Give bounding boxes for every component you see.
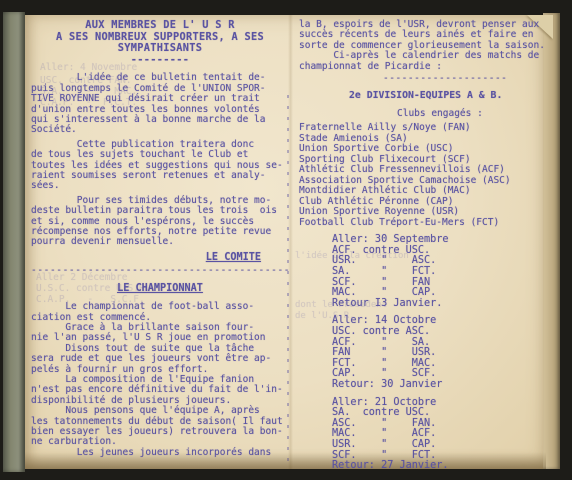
championnat-heading: LE CHAMPIONNAT bbox=[31, 284, 289, 294]
fixture-block-october-14: Aller: 14 Octobre USC. contre ASC. ACF. … bbox=[299, 316, 549, 390]
championnat-body: Le championnat de foot-ball asso- ciatio… bbox=[31, 302, 289, 458]
scanner-left-strip bbox=[3, 12, 25, 472]
fixture-block-october-21: Aller: 21 Octobre SA. contre USC. ASC. "… bbox=[299, 398, 549, 472]
debut-paragraph: Pour ses timides débuts, notre mo- deste… bbox=[31, 196, 289, 248]
address-header: AUX MEMBRES DE L' U S R A SES NOMBREUX S… bbox=[31, 20, 289, 66]
club-line: Football Club Tréport-Eu-Mers (FCT) bbox=[299, 218, 549, 229]
continuation-paragraph: la B, espoirs de l'USR, devront penser a… bbox=[299, 20, 549, 72]
clubs-label: Clubs engagés : bbox=[299, 109, 549, 119]
small-divider: -------------------- bbox=[299, 74, 549, 84]
fixture-block-september: Aller: 30 Septembre ACF. contre USC. USR… bbox=[299, 235, 549, 309]
clubs-list: Fraternelle Ailly s/Noye (FAN) Stade Ami… bbox=[299, 123, 549, 228]
section-divider: ----------------------------------------… bbox=[31, 266, 289, 276]
right-column: la B, espoirs de l'USR, devront penser a… bbox=[299, 20, 549, 472]
scanned-bulletin-page: Aller: 4 Novembre USC. contre FAN. S.A. … bbox=[0, 0, 572, 480]
intro-paragraph: L'idée de ce bulletin tentait de- puis l… bbox=[31, 73, 289, 135]
left-column: AUX MEMBRES DE L' U S R A SES NOMBREUX S… bbox=[31, 20, 289, 458]
comite-signature: LE COMITE bbox=[31, 253, 289, 263]
publication-paragraph: Cette publication traitera donc de tous … bbox=[31, 140, 289, 192]
division-heading: 2e DIVISION-EQUIPES A & B. bbox=[299, 91, 549, 101]
